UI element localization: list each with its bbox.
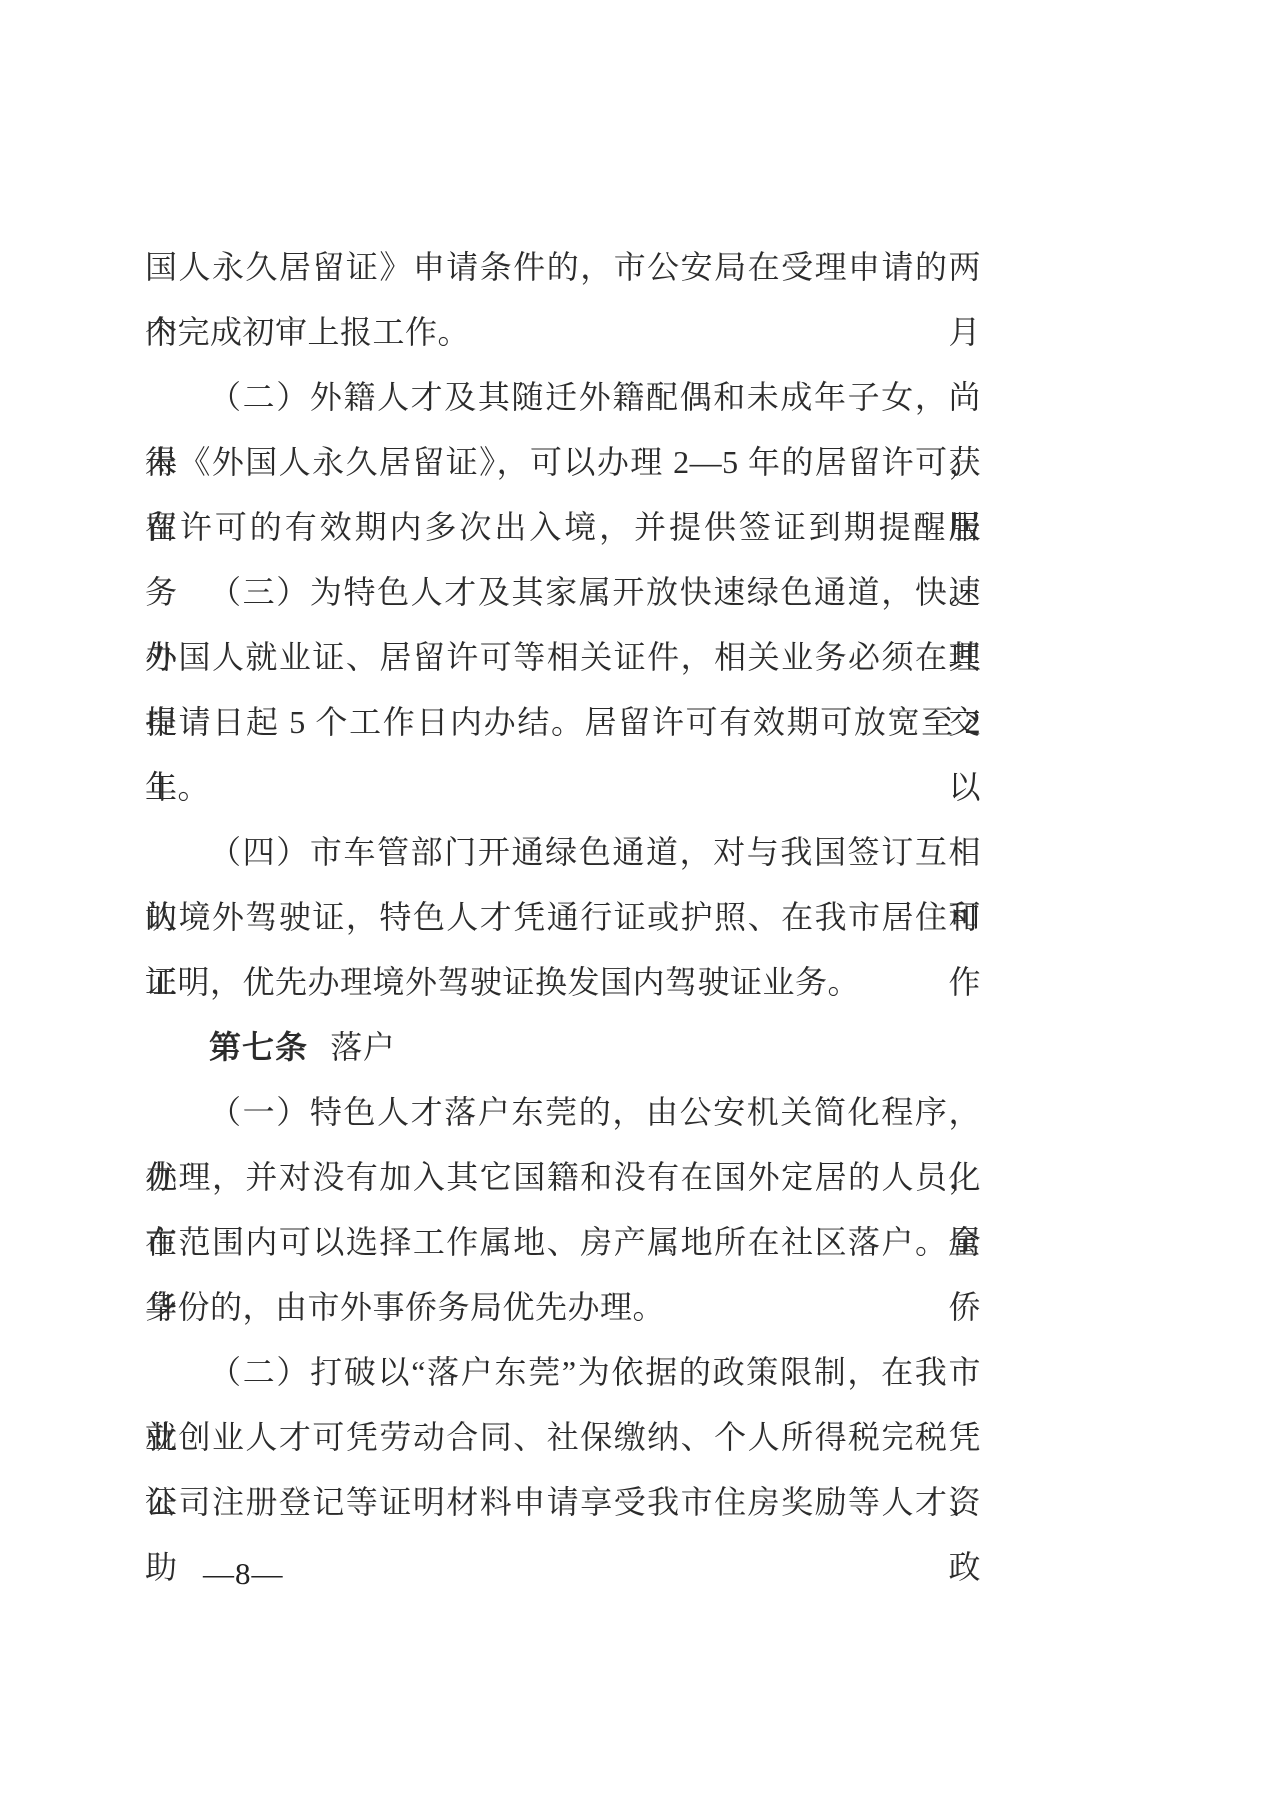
- text-line: 申请日起 5 个工作日内办结。居留许可有效期可放宽至 2 年以: [145, 690, 981, 755]
- text-line: （四）市车管部门开通绿色通道，对与我国签订互相认可: [145, 820, 981, 885]
- text-line: 办理，并对没有加入其它国籍和没有在国外定居的人员，在全: [145, 1145, 981, 1210]
- document-page: 国人永久居留证》申请条件的，市公安局在受理申请的两个月 内完成初审上报工作。 （…: [0, 0, 1280, 1810]
- text-line: 业创业人才可凭劳动合同、社保缴纳、个人所得税完税凭证、: [145, 1405, 981, 1470]
- text-line: 市范围内可以选择工作属地、房产属地所在社区落户。属华侨: [145, 1210, 981, 1275]
- document-body: 国人永久居留证》申请条件的，市公安局在受理申请的两个月 内完成初审上报工作。 （…: [145, 235, 981, 1535]
- section-title: 落户: [330, 1029, 395, 1065]
- section-number: 第七条: [209, 1029, 308, 1065]
- section-heading: 第七条落户: [145, 1015, 981, 1080]
- page-number: —8—: [203, 1556, 284, 1592]
- text-line: 国人永久居留证》申请条件的，市公安局在受理申请的两个月: [145, 235, 981, 300]
- text-line: （二）打破以“落户东莞”为依据的政策限制，在我市就: [145, 1340, 981, 1405]
- text-line: 留许可的有效期内多次出入境，并提供签证到期提醒服务。: [145, 495, 981, 560]
- text-line: 的境外驾驶证，特色人才凭通行证或护照、在我市居住和工作: [145, 885, 981, 950]
- text-line: （二）外籍人才及其随迁外籍配偶和未成年子女，尚未获: [145, 365, 981, 430]
- text-line: 外国人就业证、居留许可等相关证件，相关业务必须在其提交: [145, 625, 981, 690]
- text-line: 得《外国人永久居留证》，可以办理 2—5 年的居留许可，在居: [145, 430, 981, 495]
- text-line: 证明，优先办理境外驾驶证换发国内驾驶证业务。: [145, 950, 981, 1015]
- text-line: （一）特色人才落户东莞的，由公安机关简化程序，优化: [145, 1080, 981, 1145]
- text-line: （三）为特色人才及其家属开放快速绿色通道，快速办理: [145, 560, 981, 625]
- text-line: 公司注册登记等证明材料申请享受我市住房奖励等人才资助政: [145, 1470, 981, 1535]
